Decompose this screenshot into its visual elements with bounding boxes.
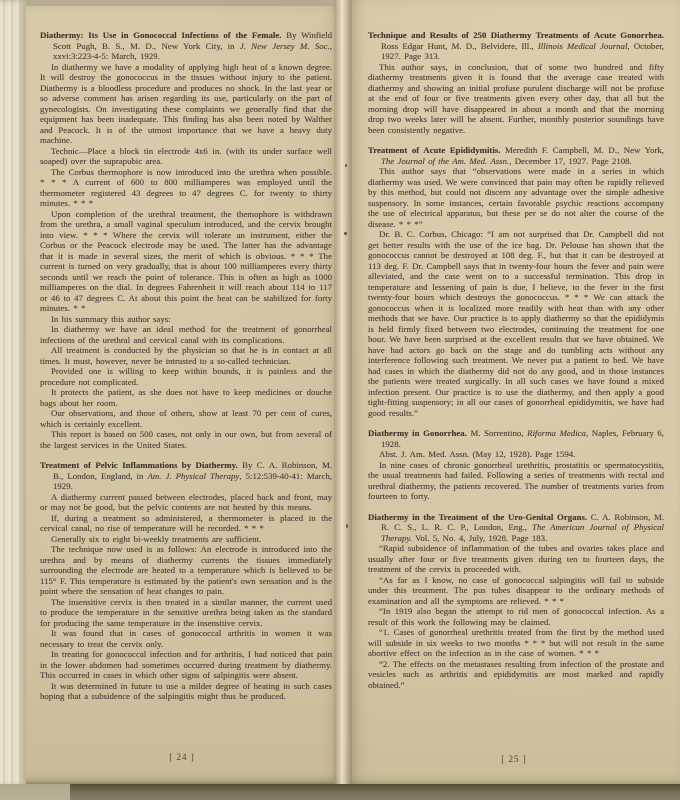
paragraph: In his summary this author says:	[40, 314, 332, 325]
journal-name: J. New Jersey M. Soc.	[240, 41, 330, 51]
scan-speck	[344, 232, 347, 235]
paragraph: A diathermy current passed between elect…	[40, 492, 332, 513]
paragraph: In nine cases of chronic gonorrheal uret…	[368, 460, 664, 502]
paragraph: Dr. B. C. Corbus, Chicago: “I am not sur…	[368, 229, 664, 418]
text-run: This author says, in conclusion, that of…	[368, 62, 664, 135]
paragraph: In diathermy we have an ideal method for…	[40, 324, 332, 345]
book-bottom-shadow	[0, 784, 680, 800]
paragraph: If, during a treatment so administered, …	[40, 513, 332, 534]
entry-title: Technique and Results of 250 Diathermy T…	[368, 30, 664, 40]
entry-title: Diathermy: Its Use in Gonococcal Infecti…	[40, 30, 281, 40]
bottom-left-highlight	[0, 784, 70, 800]
text-run: “As far as I know, no case of gonococcal…	[368, 575, 664, 606]
text-run: This report is based on 500 cases, not o…	[40, 429, 332, 450]
text-run: In treating for gonococcal infection and…	[40, 649, 332, 680]
page-fore-edge	[0, 0, 26, 786]
text-run: In his summary this author says:	[51, 314, 171, 324]
text-run: The insensitive cervix is then treated i…	[40, 597, 332, 628]
entry-heading: Diathermy in Gonorrhea. M. Sorrentino, R…	[368, 428, 664, 449]
paragraph: It protects the patient, as she does not…	[40, 387, 332, 408]
paragraph: Technic—Place a block tin electrode 4x6 …	[40, 146, 332, 167]
book-gutter	[334, 0, 352, 786]
entry-heading: Treatment of Pelvic Inflammations by Dia…	[40, 460, 332, 492]
entry-heading: Treatment of Acute Epididymitis. Meredit…	[368, 145, 664, 166]
journal-name: Illinois Medical Journal	[538, 41, 628, 51]
text-run: Our observations, and those of others, s…	[40, 408, 332, 429]
paragraph: In treating for gonococcal infection and…	[40, 649, 332, 681]
text-run: This author says that “observations were…	[368, 166, 664, 229]
page-number: [ 25 ]	[348, 754, 680, 764]
paragraph: “Rapid subsidence of inflammation of the…	[368, 543, 664, 575]
book-scan: Diathermy: Its Use in Gonococcal Infecti…	[0, 0, 680, 800]
text-run: It protects the patient, as she does not…	[40, 387, 332, 408]
text-run: In nine cases of chronic gonorrheal uret…	[368, 460, 664, 502]
entry-title: Diathermy in the Treatment of the Uro-Ge…	[368, 512, 587, 522]
text-run: “In 1919 also began the attempt to rid m…	[368, 606, 664, 627]
paragraph: “As far as I know, no case of gonococcal…	[368, 575, 664, 607]
text-run: All treatment is conducted by the physic…	[40, 345, 332, 366]
entry-heading: Diathermy in the Treatment of the Uro-Ge…	[368, 512, 664, 544]
paragraph: The technique now used is as follows: An…	[40, 544, 332, 597]
journal-name: Riforma Medica	[527, 428, 586, 438]
text-run: “1. Cases of gonorrheal urethritis treat…	[368, 627, 664, 658]
entry-title: Treatment of Pelvic Inflammations by Dia…	[40, 460, 238, 470]
text-run: M. Sorrentino,	[467, 428, 527, 438]
paragraph: Upon completion of the urethral treatmen…	[40, 209, 332, 314]
paragraph: This author says, in conclusion, that of…	[368, 62, 664, 136]
text-run: In diathermy we have an ideal method for…	[40, 324, 332, 345]
text-run: It was found that in cases of gonococcal…	[40, 628, 332, 649]
paragraph: “2. The effects on the metastases result…	[368, 659, 664, 691]
journal-name: The Journal of the Am. Med. Assn.	[381, 156, 509, 166]
page-body: Technique and Results of 250 Diathermy T…	[368, 30, 664, 756]
text-run: In diathermy we have a modality of apply…	[40, 62, 332, 146]
paragraph: It was determined in future to use a mil…	[40, 681, 332, 702]
text-run: Generally six to eight bi-weekly treatme…	[51, 534, 261, 544]
paragraph: The insensitive cervix is then treated i…	[40, 597, 332, 629]
paragraph: In diathermy we have a modality of apply…	[40, 62, 332, 146]
scan-speck	[346, 524, 348, 528]
entry-title: Diathermy in Gonorrhea.	[368, 428, 467, 438]
text-run: , December 17, 1927. Page 2108.	[509, 156, 632, 166]
page-right-25: Technique and Results of 250 Diathermy T…	[348, 0, 680, 784]
paragraph: Our observations, and those of others, s…	[40, 408, 332, 429]
paragraph: Abst. J. Am. Med. Assn. (May 12, 1928). …	[368, 449, 664, 460]
journal-name: Am. J. Physical Therapy	[147, 471, 239, 481]
text-run: Meredith F. Campbell, M. D., New York,	[500, 145, 664, 155]
paragraph: Provided one is willing to keep within b…	[40, 366, 332, 387]
text-run: It was determined in future to use a mil…	[40, 681, 332, 702]
page-body: Diathermy: Its Use in Gonococcal Infecti…	[40, 30, 332, 752]
text-run: Upon completion of the urethral treatmen…	[40, 209, 332, 314]
paragraph: The Corbus thermophore is now introduced…	[40, 167, 332, 209]
text-run: Vol. 5, No. 4, July, 1928. Page 183.	[412, 533, 547, 543]
text-run: If, during a treatment so administered, …	[40, 513, 332, 534]
scan-speck	[345, 164, 347, 167]
paragraph: It was found that in cases of gonococcal…	[40, 628, 332, 649]
paragraph: Generally six to eight bi-weekly treatme…	[40, 534, 332, 545]
text-run: Abst. J. Am. Med. Assn. (May 12, 1928). …	[379, 449, 575, 459]
entry-heading: Technique and Results of 250 Diathermy T…	[368, 30, 664, 62]
text-run: Ross Edgar Hunt, M. D., Belvidere, Ill.,	[381, 41, 538, 51]
text-run: “2. The effects on the metastases result…	[368, 659, 664, 690]
page-number: [ 24 ]	[24, 752, 340, 762]
entry-title: Treatment of Acute Epididymitis.	[368, 145, 500, 155]
paragraph: This report is based on 500 cases, not o…	[40, 429, 332, 450]
paragraph: This author says that “observations were…	[368, 166, 664, 229]
paragraph: All treatment is conducted by the physic…	[40, 345, 332, 366]
text-run: Dr. B. C. Corbus, Chicago: “I am not sur…	[368, 229, 664, 418]
paragraph: “1. Cases of gonorrheal urethritis treat…	[368, 627, 664, 659]
text-run: The Corbus thermophore is now introduced…	[40, 167, 332, 209]
text-run: “Rapid subsidence of inflammation of the…	[368, 543, 664, 574]
paragraph: “In 1919 also began the attempt to rid m…	[368, 606, 664, 627]
text-run: Provided one is willing to keep within b…	[40, 366, 332, 387]
text-run: A diathermy current passed between elect…	[40, 492, 332, 513]
entry-heading: Diathermy: Its Use in Gonococcal Infecti…	[40, 30, 332, 62]
text-run: Technic—Place a block tin electrode 4x6 …	[40, 146, 332, 167]
text-run: The technique now used is as follows: An…	[40, 544, 332, 596]
page-left-24: Diathermy: Its Use in Gonococcal Infecti…	[24, 6, 340, 782]
